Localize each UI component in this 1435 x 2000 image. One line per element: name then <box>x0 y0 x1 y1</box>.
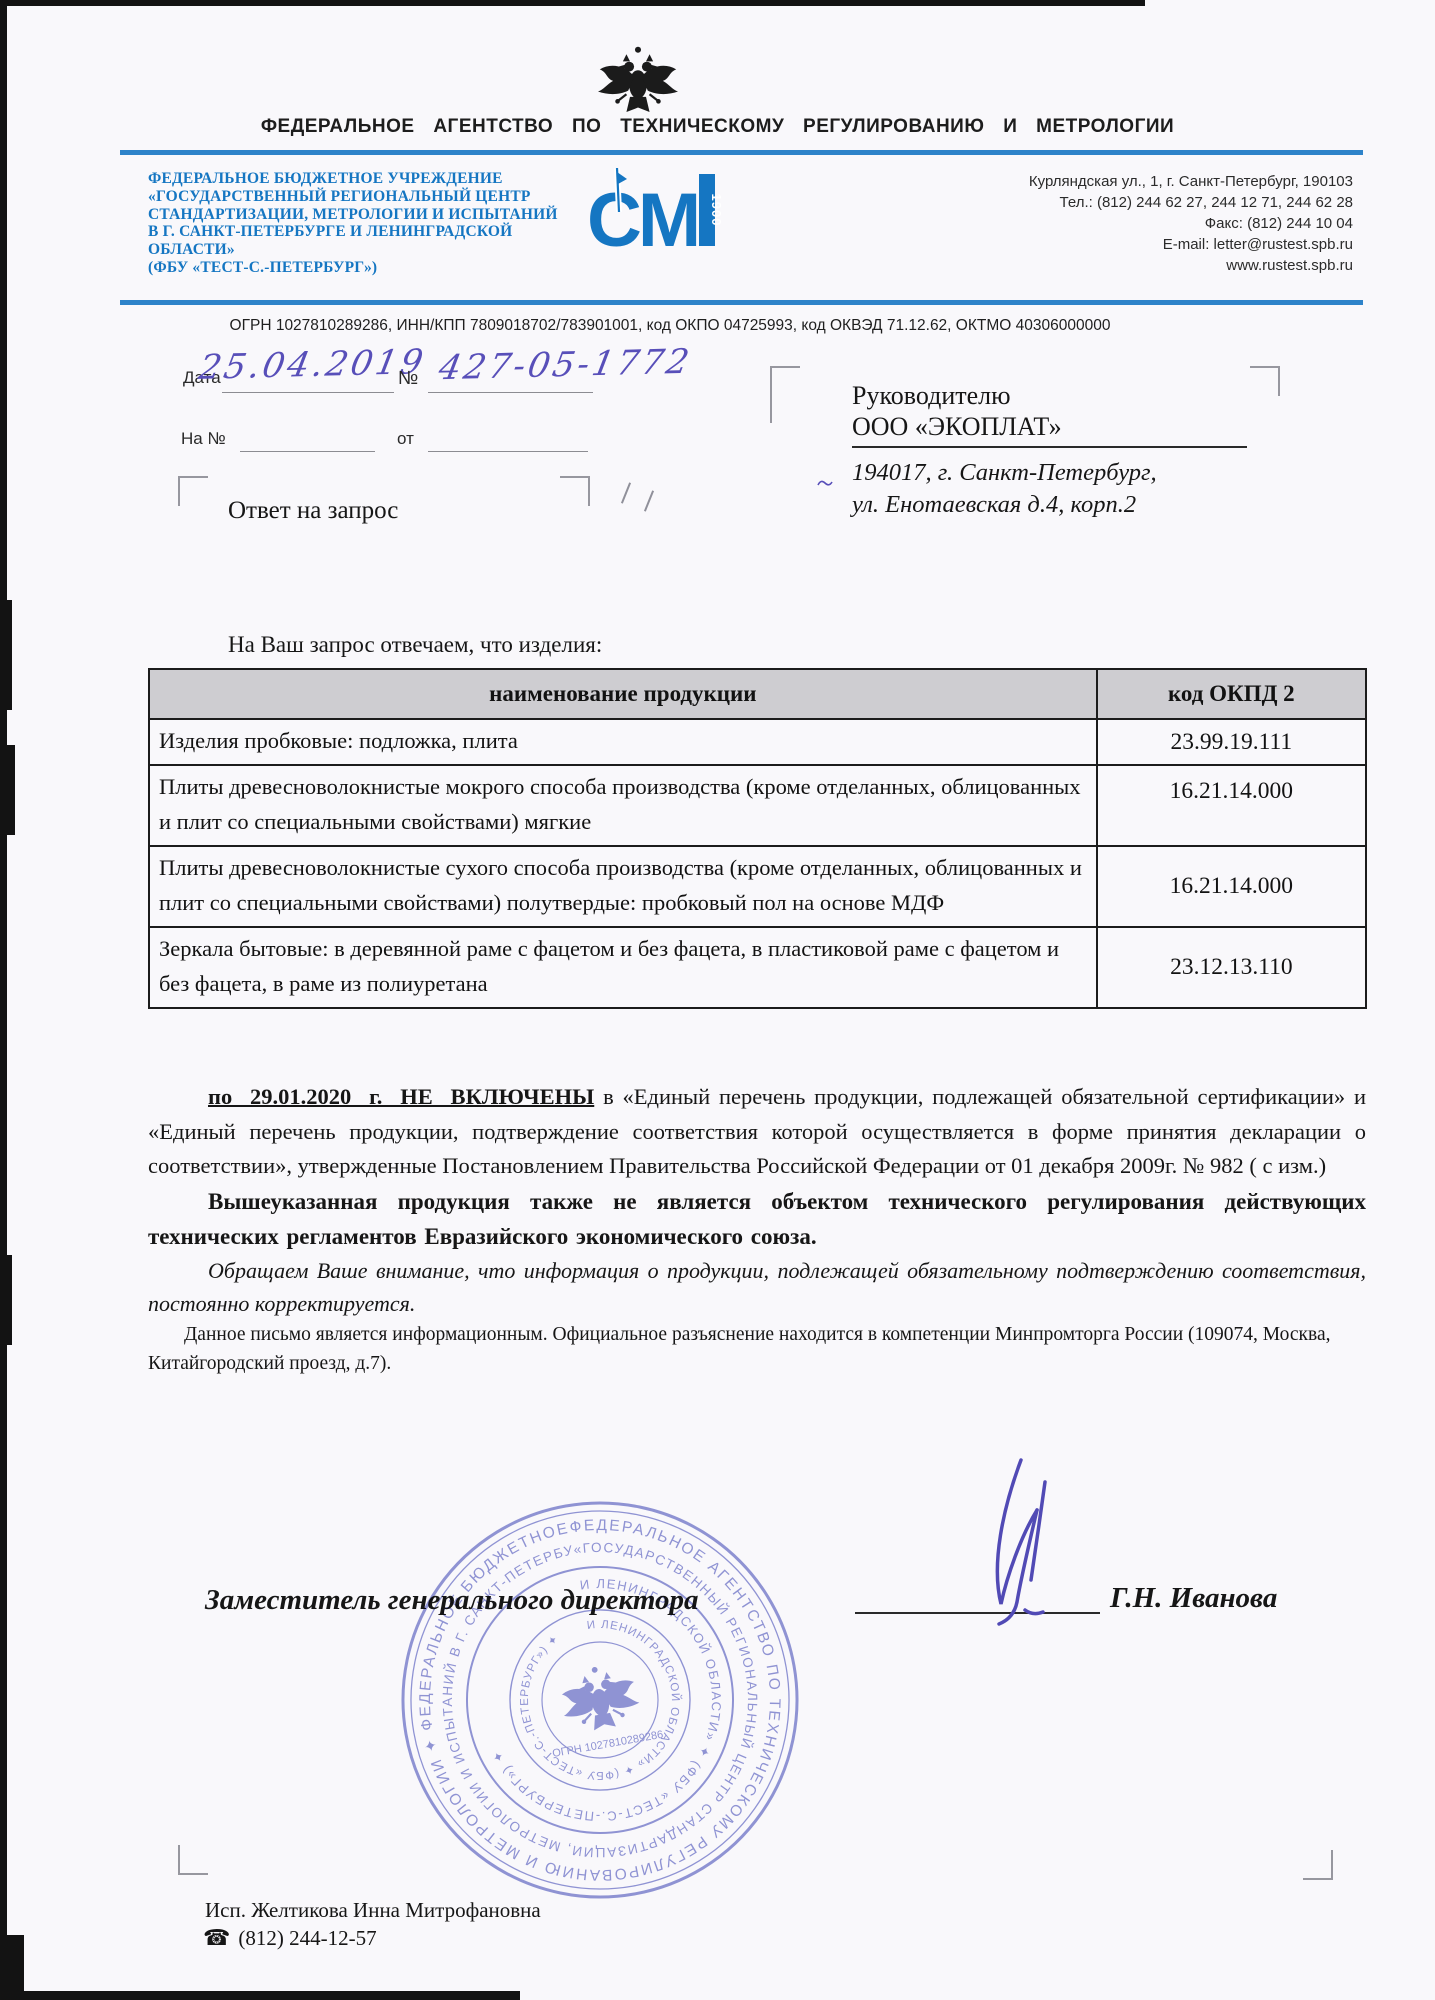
contact-line: Курляндская ул., 1, г. Санкт-Петербург, … <box>933 171 1353 192</box>
product-name: Плиты древесноволокнистые мокрого способ… <box>149 765 1097 846</box>
paragraph-technical-regulation: Вышеуказанная продукция также не являетс… <box>148 1184 1366 1254</box>
header-rule-bottom <box>120 300 1363 305</box>
corner-mark <box>178 476 208 506</box>
recipient-block: Руководителю ООО «ЭКОПЛАТ» 194017, г. Са… <box>852 380 1272 521</box>
scanned-letter-page: ФЕДЕРАЛЬНОЕ АГЕНТСТВО ПО ТЕХНИЧЕСКОМУ РЕ… <box>0 0 1435 2000</box>
csm-logo: СМ 1900 <box>583 166 723 266</box>
contact-line: www.rustest.spb.ru <box>933 255 1353 276</box>
scan-edge-bottom <box>0 1991 520 2000</box>
org-line: (ФБУ «ТЕСТ-С.-ПЕТЕРБУРГ») <box>148 259 598 277</box>
scan-blob-3 <box>0 1255 12 1345</box>
scan-slash-mark <box>644 490 654 511</box>
signatory-name: Г.Н. Иванова <box>1110 1582 1277 1615</box>
phone-icon: ☎ <box>203 1926 230 1951</box>
products-table: наименование продукции код ОКПД 2 Издели… <box>148 668 1367 1009</box>
paragraph-not-included: по 29.01.2020 г. НЕ ВКЛЮЧЕНЫ в «Единый п… <box>148 1080 1366 1184</box>
stray-ink-mark <box>817 478 833 488</box>
table-header-row: наименование продукции код ОКПД 2 <box>149 669 1366 719</box>
on-number-label: На № <box>181 429 226 449</box>
contact-line: Факс: (812) 244 10 04 <box>933 213 1353 234</box>
recipient-org: ООО «ЭКОПЛАТ» <box>852 411 1247 448</box>
org-line: ФЕДЕРАЛЬНОЕ БЮДЖЕТНОЕ УЧРЕЖДЕНИЕ <box>148 170 598 188</box>
table-row: Плиты древесноволокнистые сухого способа… <box>149 846 1366 927</box>
table-row: Зеркала бытовые: в деревянной раме с фац… <box>149 927 1366 1008</box>
recipient-address-line: 194017, г. Санкт-Петербург, <box>852 457 1272 489</box>
product-code: 23.12.13.110 <box>1097 927 1366 1008</box>
paragraph-attention-italic: Обращаем Ваше внимание, что информация о… <box>148 1254 1366 1320</box>
scan-slash-mark <box>621 482 631 503</box>
recipient-to: Руководителю <box>852 380 1272 411</box>
number-label: № <box>398 368 418 390</box>
csm-logo-year: 1900 <box>709 194 723 227</box>
product-code: 16.21.14.000 <box>1097 765 1366 846</box>
column-header-name: наименование продукции <box>149 669 1097 719</box>
org-line: СТАНДАРТИЗАЦИИ, МЕТРОЛОГИИ И ИСПЫТАНИЙ <box>148 206 598 224</box>
corner-mark <box>178 1845 208 1875</box>
scan-blob-1 <box>0 600 12 710</box>
on-number-line <box>240 451 375 452</box>
org-name-block: ФЕДЕРАЛЬНОЕ БЮДЖЕТНОЕ УЧРЕЖДЕНИЕ «ГОСУДА… <box>148 170 598 277</box>
stamp-eagle-icon <box>557 1660 643 1735</box>
product-code: 16.21.14.000 <box>1097 846 1366 927</box>
intro-line: На Ваш запрос отвечаем, что изделия: <box>228 632 602 658</box>
number-line <box>428 392 593 393</box>
product-code: 23.99.19.111 <box>1097 719 1366 765</box>
registry-line: ОГРН 1027810289286, ИНН/КПП 7809018702/7… <box>60 317 1280 335</box>
handwritten-date: 25.04.2019 <box>196 342 429 388</box>
corner-mark <box>1303 1850 1333 1880</box>
scan-edge-top <box>0 0 1145 6</box>
handwritten-number: 427-05-1772 <box>436 342 695 389</box>
contact-block: Курляндская ул., 1, г. Санкт-Петербург, … <box>933 171 1353 276</box>
column-header-code: код ОКПД 2 <box>1097 669 1366 719</box>
product-name: Плиты древесноволокнистые сухого способа… <box>149 846 1097 927</box>
paragraph-informational: Данное письмо является информационным. О… <box>148 1320 1366 1379</box>
scan-blob-2 <box>0 745 15 835</box>
table-row: Изделия пробковые: подложка, плита 23.99… <box>149 719 1366 765</box>
org-line: «ГОСУДАРСТВЕННЫЙ РЕГИОНАЛЬНЫЙ ЦЕНТР <box>148 188 598 206</box>
letter-body: по 29.01.2020 г. НЕ ВКЛЮЧЕНЫ в «Единый п… <box>148 1080 1366 1379</box>
product-name: Изделия пробковые: подложка, плита <box>149 719 1097 765</box>
subject-line: Ответ на запрос <box>228 497 398 525</box>
from-label: от <box>397 429 414 449</box>
scan-edge-left <box>0 0 7 2000</box>
corner-mark <box>770 366 800 423</box>
executor-phone: (812) 244-12-57 <box>238 1926 376 1950</box>
contact-line: E-mail: letter@rustest.spb.ru <box>933 234 1353 255</box>
handwritten-signature <box>925 1452 1135 1642</box>
agency-title: ФЕДЕРАЛЬНОЕ АГЕНТСТВО ПО ТЕХНИЧЕСКОМУ РЕ… <box>0 116 1435 138</box>
double-eagle-emblem-icon <box>593 40 683 120</box>
paragraph-lead-bold: по 29.01.2020 г. НЕ ВКЛЮЧЕНЫ <box>208 1084 594 1109</box>
csm-logo-letters: СМ <box>587 178 698 263</box>
date-line <box>222 392 394 393</box>
recipient-address-line: ул. Енотаевская д.4, корп.2 <box>852 489 1272 521</box>
from-line <box>428 451 588 452</box>
org-line: В Г. САНКТ-ПЕТЕРБУРГЕ И ЛЕНИНГРАДСКОЙ ОБ… <box>148 223 598 259</box>
executor-phone-row: ☎(812) 244-12-57 <box>203 1926 377 1951</box>
corner-mark <box>560 476 590 506</box>
contact-line: Тел.: (812) 244 62 27, 244 12 71, 244 62… <box>933 192 1353 213</box>
round-stamp: ФЕДЕРАЛЬНОЕ АГЕНТСТВО ПО ТЕХНИЧЕСКОМУ РЕ… <box>363 1463 838 1938</box>
header-rule-top <box>120 150 1363 155</box>
product-name: Зеркала бытовые: в деревянной раме с фац… <box>149 927 1097 1008</box>
executor-line: Исп. Желтикова Инна Митрофановна <box>205 1898 541 1923</box>
table-row: Плиты древесноволокнистые мокрого способ… <box>149 765 1366 846</box>
